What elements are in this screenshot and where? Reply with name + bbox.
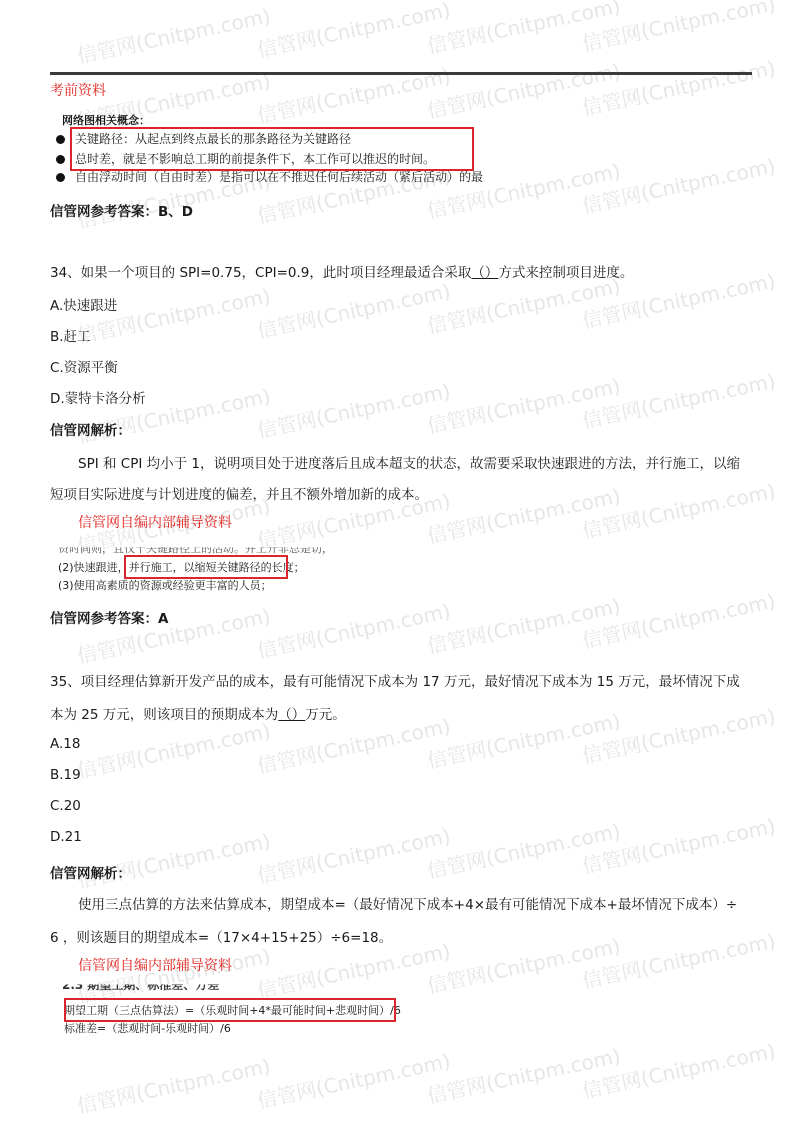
question-35-line1: 35、项目经理估算新开发产品的成本，最有可能情况下成本为 17 万元，最好情况下… xyxy=(50,670,740,690)
highlight-box xyxy=(70,127,474,171)
option-c: C.资源平衡 xyxy=(50,356,118,376)
bullet-icon xyxy=(56,135,65,144)
highlight-box xyxy=(124,555,288,579)
analysis-text: 使用三点估算的方法来估算成本，期望成本=（最好情况下成本+4×最有可能情况下成本… xyxy=(78,893,737,913)
analysis-text: 6 ，则该题目的期望成本=（17×4+15+25）÷6=18。 xyxy=(50,926,392,946)
analysis-text: SPI 和 CPI 均小于 1，说明项目处于进度落后且成本超支的状态，故需要采取… xyxy=(78,452,740,472)
analysis-text: 短项目实际进度与计划进度的偏差，并且不额外增加新的成本。 xyxy=(50,483,428,503)
question-35-line2: 本为 25 万元，则该项目的预期成本为（）万元。 xyxy=(50,703,346,723)
option-b: B.19 xyxy=(50,767,81,783)
question-34: 34、如果一个项目的 SPI=0.75，CPI=0.9，此时项目经理最适合采取（… xyxy=(50,261,633,281)
snippet-heading: 2.3 期望工期、标准差、方差 xyxy=(62,976,219,993)
answer-34: 信管网参考答案：A xyxy=(50,607,168,627)
snippet-line: (3)使用高素质的资源或经验更丰富的人员； xyxy=(58,577,272,593)
reference-label: 信管网自编内部辅导资料 xyxy=(78,512,232,532)
option-c: C.20 xyxy=(50,798,81,814)
option-a: A.快速跟进 xyxy=(50,294,117,314)
bullet-icon xyxy=(56,155,65,164)
header-rule xyxy=(50,72,752,75)
option-d: D.21 xyxy=(50,829,82,845)
bullet-icon xyxy=(56,173,65,182)
option-d: D.蒙特卡洛分析 xyxy=(50,387,146,407)
snippet-line: 资时间则，且仅十关键路径上的活动。并上开非总是切， xyxy=(58,540,333,556)
option-a: A.18 xyxy=(50,736,80,752)
document-page: 考前资料 网络图相关概念： 关键路径：从起点到终点最长的那条路径为关键路径 总时… xyxy=(0,0,800,1132)
analysis-heading: 信管网解析： xyxy=(50,862,131,882)
option-b: B.赶工 xyxy=(50,325,91,345)
answer-33: 信管网参考答案：B、D xyxy=(50,200,193,220)
highlight-box xyxy=(64,998,396,1022)
reference-label: 信管网自编内部辅导资料 xyxy=(78,955,232,975)
analysis-heading: 信管网解析： xyxy=(50,419,131,439)
snippet-line: 标准差=（悲观时间-乐观时间）/6 xyxy=(64,1020,231,1036)
snippet-title: 网络图相关概念： xyxy=(62,112,150,128)
section-label: 考前资料 xyxy=(50,80,106,100)
